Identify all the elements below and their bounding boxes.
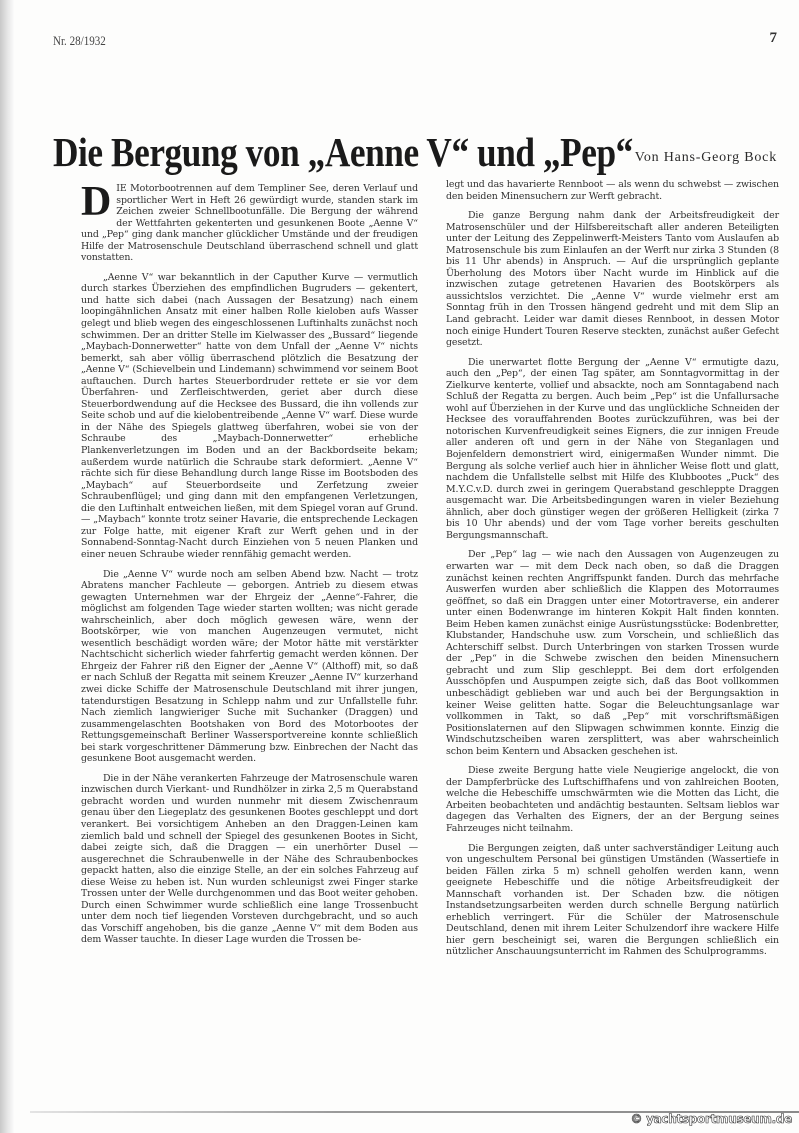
paragraph: Die in der Nähe verankerten Fahrzeuge de… bbox=[81, 773, 418, 946]
paragraph: Die Bergungen zeigten, daß unter sachver… bbox=[446, 843, 779, 958]
paragraph: Die ganze Bergung nahm dank der Arbeitsf… bbox=[446, 210, 779, 349]
paragraph: Die „Aenne V“ wurde noch am selben Abend… bbox=[81, 569, 418, 765]
page-spine-shadow bbox=[0, 0, 14, 1133]
paragraph: „Aenne V“ war bekanntlich in der Caputhe… bbox=[81, 272, 418, 561]
paragraph-text: IE Motorbootrennen auf dem Templiner See… bbox=[81, 183, 418, 263]
paragraph-continued: legt und das havarierte Rennboot — als w… bbox=[446, 179, 779, 202]
paragraph: Die unerwartet flotte Bergung der „Aenne… bbox=[446, 357, 779, 542]
copyright-watermark: © yachtsportmuseum.de bbox=[600, 1112, 792, 1126]
article-column-right: legt und das havarierte Rennboot — als w… bbox=[446, 179, 779, 966]
paragraph: DIE Motorbootrennen auf dem Templiner Se… bbox=[81, 183, 418, 264]
page-number: 7 bbox=[500, 30, 777, 47]
article-column-left: DIE Motorbootrennen auf dem Templiner Se… bbox=[81, 183, 418, 954]
issue-number: Nr. 28/1932 bbox=[53, 33, 106, 49]
article-byline: Von Hans-Georg Bock bbox=[560, 150, 777, 166]
paragraph: Diese zweite Bergung hatte viele Neugier… bbox=[446, 765, 779, 834]
drop-cap: D bbox=[81, 185, 111, 219]
paragraph: Der „Pep“ lag — wie nach den Aussagen vo… bbox=[446, 549, 779, 757]
